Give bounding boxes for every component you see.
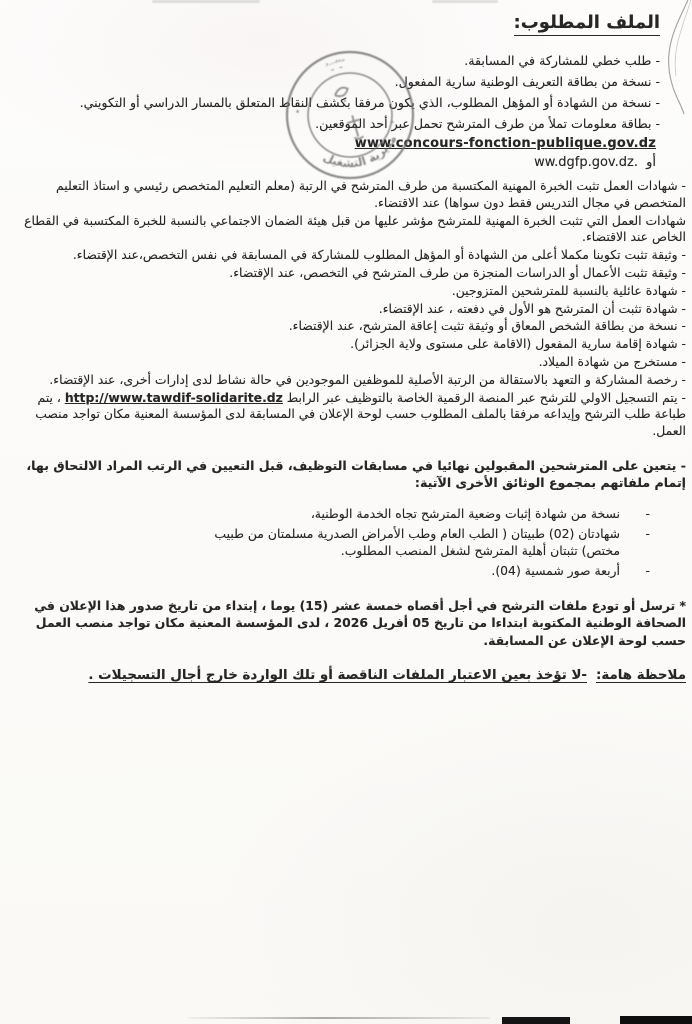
- detail-paragraph: - وثيقة تثبت تكوينا مكملا أعلى من الشهاد…: [10, 247, 686, 264]
- scan-smudge: [152, 0, 260, 3]
- final-documents-intro: - يتعين على المترشحين المقبولين نهائيا ف…: [10, 457, 686, 492]
- registration-text-before: - يتم التسجيل الاولي للترشح عبر المنصة ا…: [283, 390, 686, 405]
- list-item-marker: -: [642, 525, 650, 559]
- document-body: الملف المطلوب: - طلب خطي للمشاركة في الم…: [10, 12, 686, 698]
- list-item: - بطاقة معلومات تملأ من طرف المترشح تحمل…: [10, 113, 686, 134]
- scan-smudge: [432, 0, 498, 3]
- detail-paragraph: - شهادات العمل تثبت الخبرة المهنية المكت…: [10, 178, 686, 212]
- detail-paragraph: - وثيقة تثبت الأعمال أو الدراسات المنجزة…: [10, 265, 686, 282]
- concours-url-link: www.concours-fonction-publique.gov.dz: [355, 136, 656, 151]
- list-item: - طلب خطي للمشاركة في المسابقة.: [10, 50, 686, 71]
- list-item-marker: -: [642, 505, 650, 522]
- important-note: ملاحظة هامة:-لا تؤخذ بعين الاعتبار الملف…: [10, 666, 686, 685]
- required-documents-list: - طلب خطي للمشاركة في المسابقة. - نسخة م…: [10, 50, 686, 134]
- list-item: - نسخة من شهادة إثبات وضعية المترشح تجاه…: [10, 505, 650, 522]
- scan-edge-bar: [620, 1016, 692, 1024]
- detail-paragraph: - رخصة المشاركة و التعهد بالاستقالة من ا…: [10, 372, 686, 389]
- detail-paragraph: - شهادة عائلية بالنسبة للمترشحين المتزوج…: [10, 283, 686, 300]
- important-note-text: -لا تؤخذ بعين الاعتبار الملفات الناقصة أ…: [88, 668, 587, 683]
- detail-paragraphs: - شهادات العمل تثبت الخبرة المهنية المكت…: [10, 178, 686, 440]
- detail-paragraph: - شهادة تثبت أن المترشح هو الأول في دفعت…: [10, 301, 686, 318]
- important-note-label: ملاحظة هامة:: [596, 668, 686, 683]
- list-item-text: أربعة صور شمسية (04).: [491, 562, 620, 579]
- registration-url-line-2: أو ww.dgfp.gov.dz.: [10, 153, 686, 172]
- detail-paragraph: - شهادة إقامة سارية المفعول (الاقامة على…: [10, 336, 686, 353]
- page-title: الملف المطلوب:: [514, 12, 661, 36]
- list-item-text: شهادتان (02) طبيتان ( الطب العام وطب الأ…: [212, 525, 620, 559]
- registration-paragraph: - يتم التسجيل الاولي للترشح عبر المنصة ا…: [10, 390, 686, 440]
- list-item-marker: -: [642, 562, 650, 579]
- deadline-paragraph: * ترسل أو تودع ملفات الترشح في أجل أقصاه…: [10, 597, 686, 650]
- conjunction-text: أو: [646, 155, 656, 170]
- detail-paragraph: - نسخة من بطاقة الشخص المعاق أو وثيقة تث…: [10, 318, 686, 335]
- registration-url-line-1: www.concours-fonction-publique.gov.dz: [10, 134, 686, 153]
- dgfp-url-text: ww.dgfp.gov.dz.: [534, 155, 638, 170]
- list-item: - نسخة من بطاقة التعريف الوطنية سارية ال…: [10, 71, 686, 92]
- tawdif-url-link: http://www.tawdif-solidarite.dz: [65, 390, 283, 405]
- list-item: - شهادتان (02) طبيتان ( الطب العام وطب ا…: [10, 525, 650, 559]
- scan-edge-bar: [502, 1017, 570, 1024]
- list-item-text: نسخة من شهادة إثبات وضعية المترشح تجاه ا…: [311, 505, 620, 522]
- final-documents-list: - نسخة من شهادة إثبات وضعية المترشح تجاه…: [10, 505, 650, 579]
- detail-paragraph: - مستخرج من شهادة الميلاد.: [10, 354, 686, 371]
- scanned-document-page: الملف المطلوب: - طلب خطي للمشاركة في الم…: [0, 0, 692, 1024]
- detail-paragraph: شهادات العمل التي تثبت الخبرة المهنية لل…: [10, 213, 686, 247]
- scan-shadow-line: [188, 1017, 490, 1019]
- list-item: - أربعة صور شمسية (04).: [10, 562, 650, 579]
- list-item: - نسخة من الشهادة أو المؤهل المطلوب، الذ…: [10, 92, 686, 113]
